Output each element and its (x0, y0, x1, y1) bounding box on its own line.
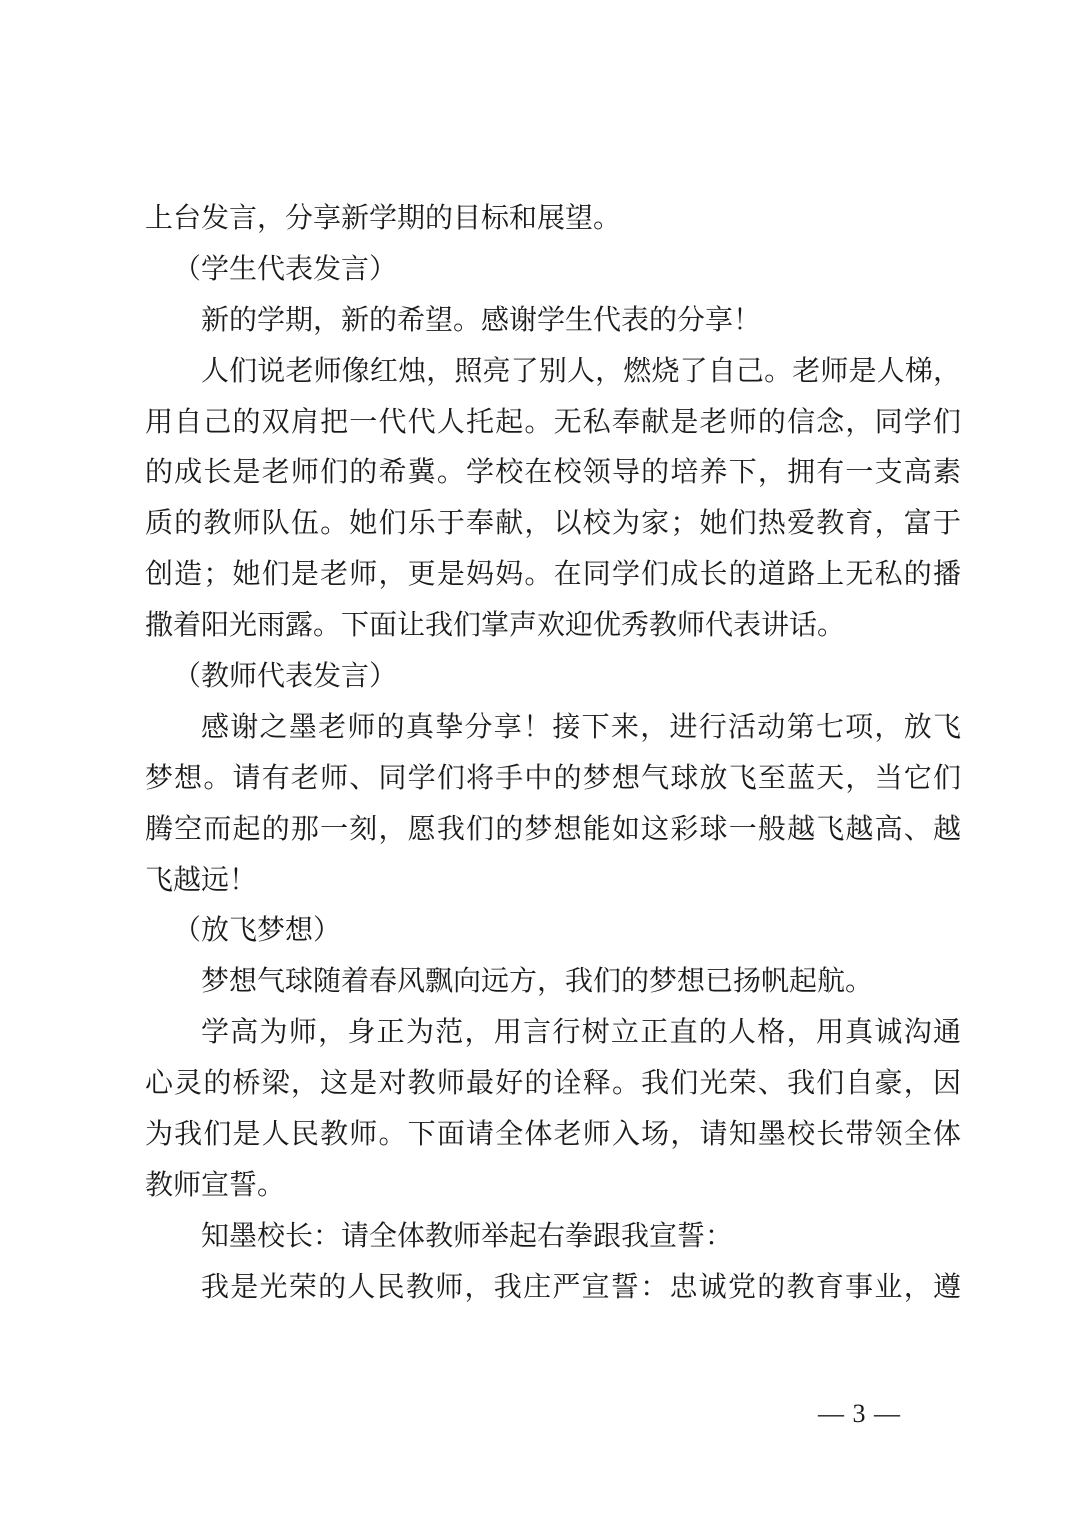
text-line: 教师宣誓。 (145, 1161, 961, 1212)
document-page: 上台发言，分享新学期的目标和展望。（学生代表发言）新的学期，新的希望。感谢学生代… (0, 0, 1080, 1527)
document-body: 上台发言，分享新学期的目标和展望。（学生代表发言）新的学期，新的希望。感谢学生代… (145, 194, 961, 1314)
text-line: 学高为师，身正为范，用言行树立正直的人格，用真诚沟通 (145, 1008, 961, 1059)
text-line: 撒着阳光雨露。下面让我们掌声欢迎优秀教师代表讲话。 (145, 601, 961, 652)
text-line: 用自己的双肩把一代代人托起。无私奉献是老师的信念，同学们 (145, 398, 961, 449)
text-line: 创造；她们是老师，更是妈妈。在同学们成长的道路上无私的播 (145, 550, 961, 601)
text-line: 梦想。请有老师、同学们将手中的梦想气球放飞至蓝天，当它们 (145, 754, 961, 805)
text-line: 感谢之墨老师的真挚分享！接下来，进行活动第七项，放飞 (145, 703, 961, 754)
text-line: 的成长是老师们的希冀。学校在校领导的培养下，拥有一支高素 (145, 448, 961, 499)
text-line: 心灵的桥梁，这是对教师最好的诠释。我们光荣、我们自豪，因 (145, 1059, 961, 1110)
text-line: 质的教师队伍。她们乐于奉献，以校为家；她们热爱教育，富于 (145, 499, 961, 550)
text-line: 上台发言，分享新学期的目标和展望。 (145, 194, 961, 245)
text-line: 飞越远！ (145, 856, 961, 907)
text-line: （学生代表发言） (145, 245, 961, 296)
text-line: （放飞梦想） (145, 906, 961, 957)
text-line: 腾空而起的那一刻，愿我们的梦想能如这彩球一般越飞越高、越 (145, 805, 961, 856)
text-line: 新的学期，新的希望。感谢学生代表的分享！ (145, 296, 961, 347)
text-line: 为我们是人民教师。下面请全体老师入场，请知墨校长带领全体 (145, 1110, 961, 1161)
text-line: 人们说老师像红烛，照亮了别人，燃烧了自己。老师是人梯， (145, 347, 961, 398)
page-number: — 3 — (818, 1398, 901, 1430)
text-line: 我是光荣的人民教师，我庄严宣誓：忠诚党的教育事业，遵 (145, 1263, 961, 1314)
text-line: 梦想气球随着春风飘向远方，我们的梦想已扬帆起航。 (145, 957, 961, 1008)
text-line: （教师代表发言） (145, 652, 961, 703)
text-line: 知墨校长：请全体教师举起右拳跟我宣誓： (145, 1212, 961, 1263)
